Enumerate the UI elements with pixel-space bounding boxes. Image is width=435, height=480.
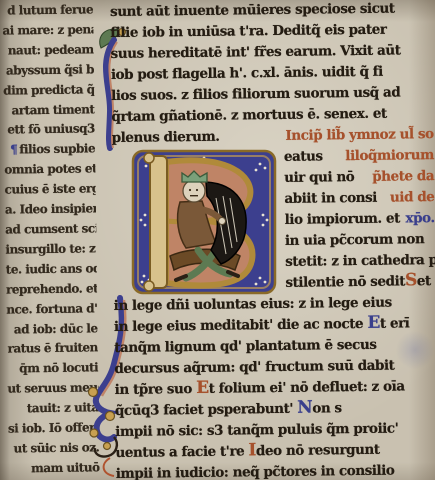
black-text: in lege eius meditabit' die ac nocte (114, 316, 368, 335)
versal-letter: N (297, 398, 312, 418)
beatus-line: abiit in consi uid de (284, 187, 434, 210)
black-text: stilentie nō sedit (285, 273, 405, 290)
psalm-text: stilentie nō seditSet (285, 271, 431, 294)
black-text: in uia pc̃corum non (285, 231, 425, 249)
rubric-red-text: p̃hete da (372, 168, 434, 185)
beatus-line: stilentie nō seditSet (285, 271, 435, 294)
psalm-line: in tp̃re suo Et folium ei' nō defluet: … (115, 376, 435, 401)
red-curl-flourish (104, 458, 114, 476)
gold-ball-icon (106, 412, 115, 421)
psalm-text: abiit in consi (284, 188, 377, 210)
versal-tail: t erī (380, 315, 410, 331)
rubric-fragment: xp̄o. (405, 208, 434, 229)
psalm-text: eatus (284, 146, 323, 167)
psalm-line: impii in iudicio: neq̃ pc̃tores in consi… (116, 460, 435, 480)
versal-letter: S (405, 270, 417, 290)
gold-ball-icon (89, 388, 98, 397)
black-text: uir qui nō (284, 169, 354, 186)
black-text: q̃cūq3 faciet psperabunt' (115, 401, 297, 419)
versal-letter: E (367, 313, 380, 333)
black-text: abiit in consi (284, 190, 377, 207)
versal-letter: E (196, 378, 209, 398)
psalm-line: impii nō sic: s3 tanq̃m puluis q̃m proi… (115, 418, 435, 443)
black-text: eatus (284, 148, 323, 164)
psalm-line: in lege eius meditabit' die ac nocte Et … (114, 313, 435, 338)
black-text: decursus aq̃rum: qd' fructum suū dabit (114, 358, 394, 377)
black-text: in tp̃re suo (115, 381, 197, 398)
versal-tail: t folium ei' nō defluet: z oīa (209, 378, 405, 396)
gloss-line: d lutum ferue (0, 0, 93, 21)
black-text: stetit: z in cathedra pe (285, 252, 435, 270)
black-text: tanq̃m lignum qd' plantatum ē secus (114, 337, 376, 356)
beatus-line: in uia pc̃corum non (285, 229, 435, 252)
beatus-line: uir qui nō p̃hete da (284, 166, 434, 189)
psalm-text: uir qui nō (284, 167, 354, 189)
black-text: impii nō sic: s3 tanq̃m puluis q̃m proi… (115, 421, 398, 440)
ink-smudge (396, 330, 434, 370)
black-text: impii in iudicio: neq̃ pc̃tores in consi… (116, 463, 395, 480)
paraph-mark: ¶ (10, 143, 17, 157)
psalm-block: in lege dñi uoluntas eius: z in lege ei… (114, 292, 435, 480)
psalm-text: in uia pc̃corum non (285, 229, 425, 252)
versal-tail: et (417, 273, 431, 289)
rubric-red-text: liloq̃miorum (345, 147, 434, 164)
psalm-text: lio impiorum. et (285, 208, 400, 230)
beatus-block: eatus liloq̃miorum uir qui nō p̃hete da… (284, 145, 435, 294)
versal-tail: deo nō resurgunt (256, 442, 380, 460)
gold-ball-icon (104, 443, 111, 450)
versal-tail: on s (312, 400, 342, 416)
main-text-column: sunt aūt inuente mūieres speciose sicu… (110, 0, 435, 480)
job-ending-block: sunt aūt inuente mūieres speciose sicu… (110, 0, 434, 128)
gloss-text: d lutum ferue (7, 2, 93, 17)
job-last-words: plenus dierum. (112, 127, 220, 149)
rubric-blue-text: xp̄o. (405, 210, 434, 226)
rubric-fragment: liloq̃miorum (345, 145, 434, 167)
rubric-red-text: uid de (390, 189, 435, 206)
manuscript-page: d lutum ferue ai mare: z pena naut: pede… (0, 0, 435, 480)
job-line: suus hereditatē int' fr̃es earum. Vixit… (111, 40, 433, 65)
rubric-fragment: uid de (390, 187, 435, 209)
gold-ball-icon (90, 429, 98, 437)
black-text: in lege dñi uoluntas eius: z in lege ei… (114, 295, 392, 314)
beatus-line: eatus liloq̃miorum (284, 145, 434, 168)
black-text: lio impiorum. et (285, 210, 400, 227)
rubric-incipit: Incip̃ lib̃ ymnoz ul̃ so (285, 124, 433, 147)
beatus-line: lio impiorum. et xp̄o. (285, 208, 435, 231)
black-text: uentus a facie t're (115, 443, 248, 461)
rubric-fragment: p̃hete da (372, 166, 434, 188)
